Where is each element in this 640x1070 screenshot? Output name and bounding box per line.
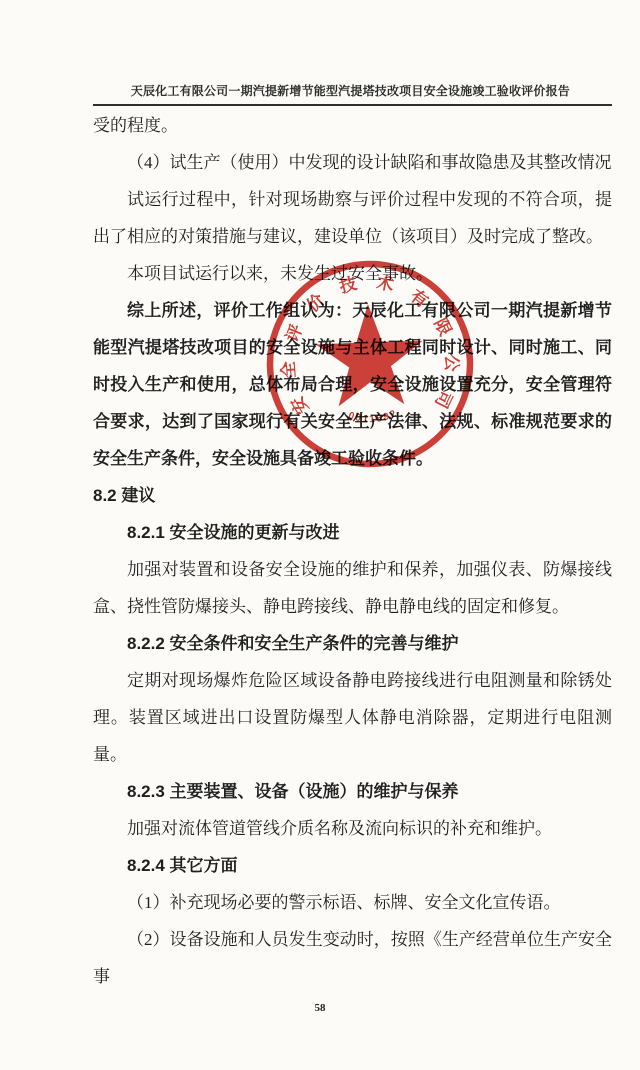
paragraph: 定期对现场爆炸危险区域设备静电跨接线进行电阻测量和除锈处理。装置区域进出口设置防… (93, 662, 612, 773)
paragraph: （2）设备设施和人员发生变动时，按照《生产经营单位生产安全事 (93, 921, 612, 995)
paragraph: 加强对流体管道管线介质名称及流向标识的补充和维护。 (93, 810, 612, 847)
conclusion-paragraph: 综上所述，评价工作组认为：天辰化工有限公司一期汽提新增节能型汽提塔技改项目的安全… (93, 292, 612, 477)
document-body: 受的程度。 （4）试生产（使用）中发现的设计缺陷和事故隐患及其整改情况 试运行过… (93, 107, 612, 995)
paragraph: 本项目试运行以来，未发生过安全事故。 (93, 255, 612, 292)
paragraph: （4）试生产（使用）中发现的设计缺陷和事故隐患及其整改情况 (93, 144, 612, 181)
paragraph: 受的程度。 (93, 107, 612, 144)
page-header-title: 天辰化工有限公司一期汽提新增节能型汽提塔技改项目安全设施竣工验收评价报告 (93, 82, 570, 99)
paragraph: （1）补充现场必要的警示标语、标牌、安全文化宣传语。 (93, 884, 612, 921)
section-title-8-2: 8.2 建议 (93, 477, 612, 514)
subsection-title-8-2-3: 8.2.3 主要装置、设备（设施）的维护与保养 (93, 773, 612, 810)
paragraph: 试运行过程中，针对现场勘察与评价过程中发现的不符合项，提出了相应的对策措施与建议… (93, 181, 612, 255)
subsection-title-8-2-1: 8.2.1 安全设施的更新与改进 (93, 514, 612, 551)
subsection-title-8-2-4: 8.2.4 其它方面 (93, 847, 612, 884)
page-number: 58 (0, 1002, 640, 1014)
paragraph: 加强对装置和设备安全设施的维护和保养，加强仪表、防爆接线盒、挠性管防爆接头、静电… (93, 551, 612, 625)
header-divider-line (93, 104, 612, 106)
subsection-title-8-2-2: 8.2.2 安全条件和安全生产条件的完善与维护 (93, 625, 612, 662)
document-page: 天辰化工有限公司一期汽提新增节能型汽提塔技改项目安全设施竣工验收评价报告 受的程… (0, 0, 640, 1070)
